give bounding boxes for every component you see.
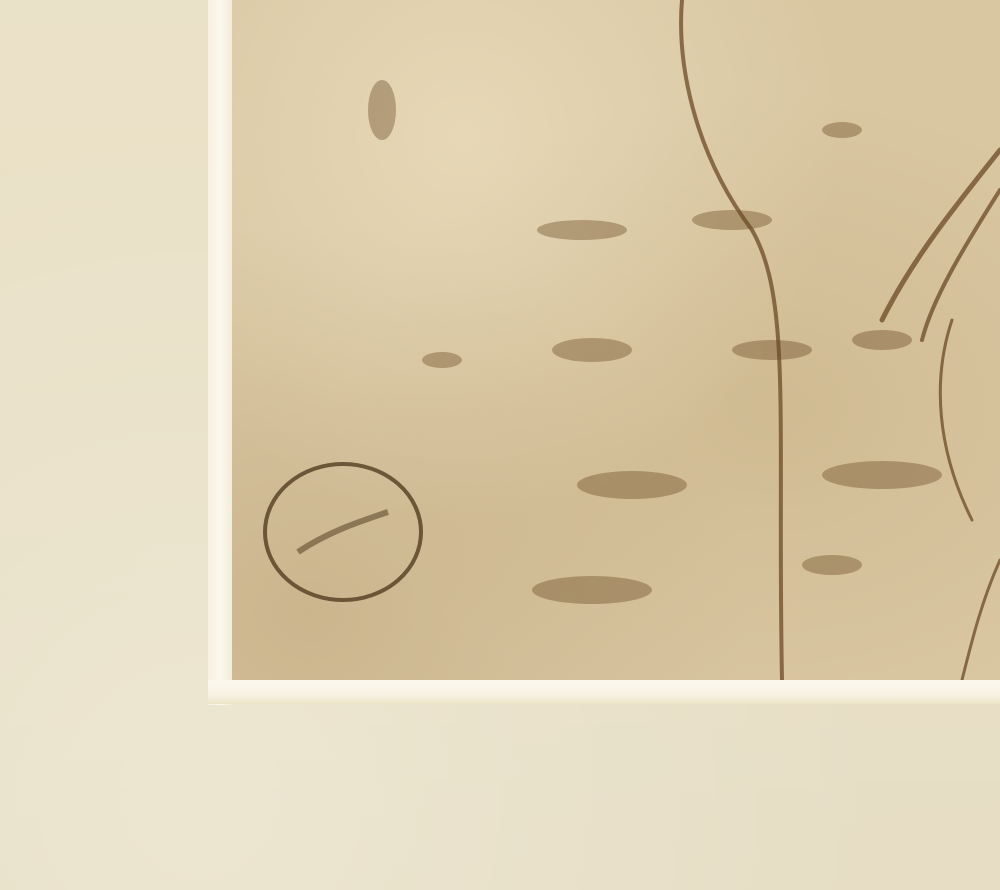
mat-bevel-bottom <box>208 680 1000 704</box>
collector-stamp <box>258 452 428 612</box>
mat-bevel-left <box>208 0 232 705</box>
